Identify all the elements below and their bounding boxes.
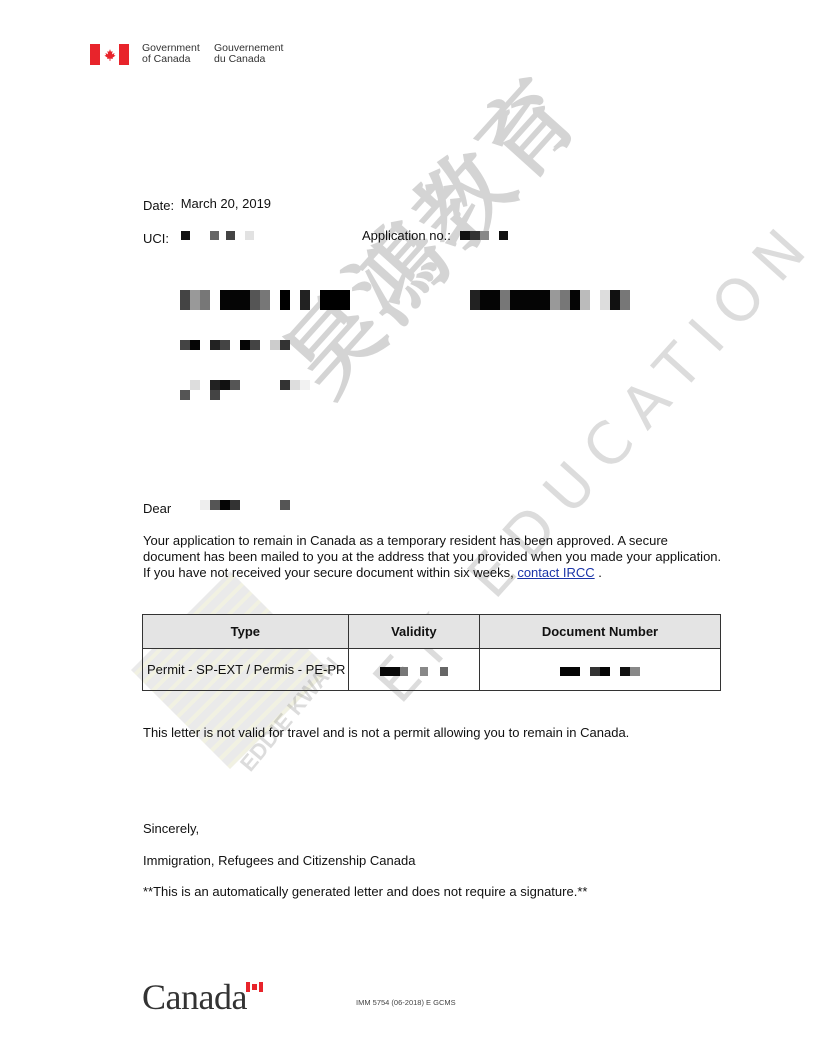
address-line1-redacted [180, 340, 290, 350]
date-row: Date: March 20, 2019 [143, 198, 271, 214]
government-of-canada-en: Government of Canada [142, 43, 200, 65]
header-validity: Validity [348, 615, 479, 649]
government-of-canada-fr: Gouvernement du Canada [214, 43, 283, 65]
uci-redacted [181, 231, 254, 240]
address-line2-redacted [180, 380, 310, 400]
contact-ircc-link[interactable]: contact IRCC [517, 565, 594, 580]
auto-generated-note: **This is an automatically generated let… [143, 884, 587, 900]
form-code: IMM 5754 (06-2018) E GCMS [356, 998, 456, 1007]
application-label: Application no.: [362, 228, 451, 244]
permit-document-number [479, 649, 720, 691]
table-row: Permit - SP-EXT / Permis - PE-PR [143, 649, 721, 691]
approval-text: Your application to remain in Canada as … [143, 533, 721, 580]
table-header-row: Type Validity Document Number [143, 615, 721, 649]
recipient-name-redacted [180, 290, 350, 310]
uci-label: UCI: [143, 231, 169, 247]
canada-flag-icon [90, 44, 129, 65]
header-type: Type [143, 615, 349, 649]
document-number-redacted [560, 667, 640, 676]
date-label: Date: [143, 198, 174, 213]
header-document-number: Document Number [479, 615, 720, 649]
permit-validity [348, 649, 479, 691]
travel-notice: This letter is not valid for travel and … [143, 725, 629, 741]
wordmark-flag-icon [246, 982, 263, 992]
date-value: March 20, 2019 [181, 196, 271, 211]
canada-wordmark: Canada [142, 977, 247, 1017]
sender: Immigration, Refugees and Citizenship Ca… [143, 853, 415, 869]
approval-paragraph: Your application to remain in Canada as … [143, 533, 723, 581]
salutation: Dear [143, 501, 171, 517]
recipient-name-2-redacted [470, 290, 630, 310]
body-end: . [595, 565, 602, 580]
application-redacted [460, 231, 508, 240]
permit-type: Permit - SP-EXT / Permis - PE-PR [143, 649, 349, 691]
validity-redacted [380, 667, 448, 676]
permit-table: Type Validity Document Number Permit - S… [142, 614, 721, 691]
closing: Sincerely, [143, 821, 199, 837]
salutation-name-redacted [200, 500, 290, 510]
